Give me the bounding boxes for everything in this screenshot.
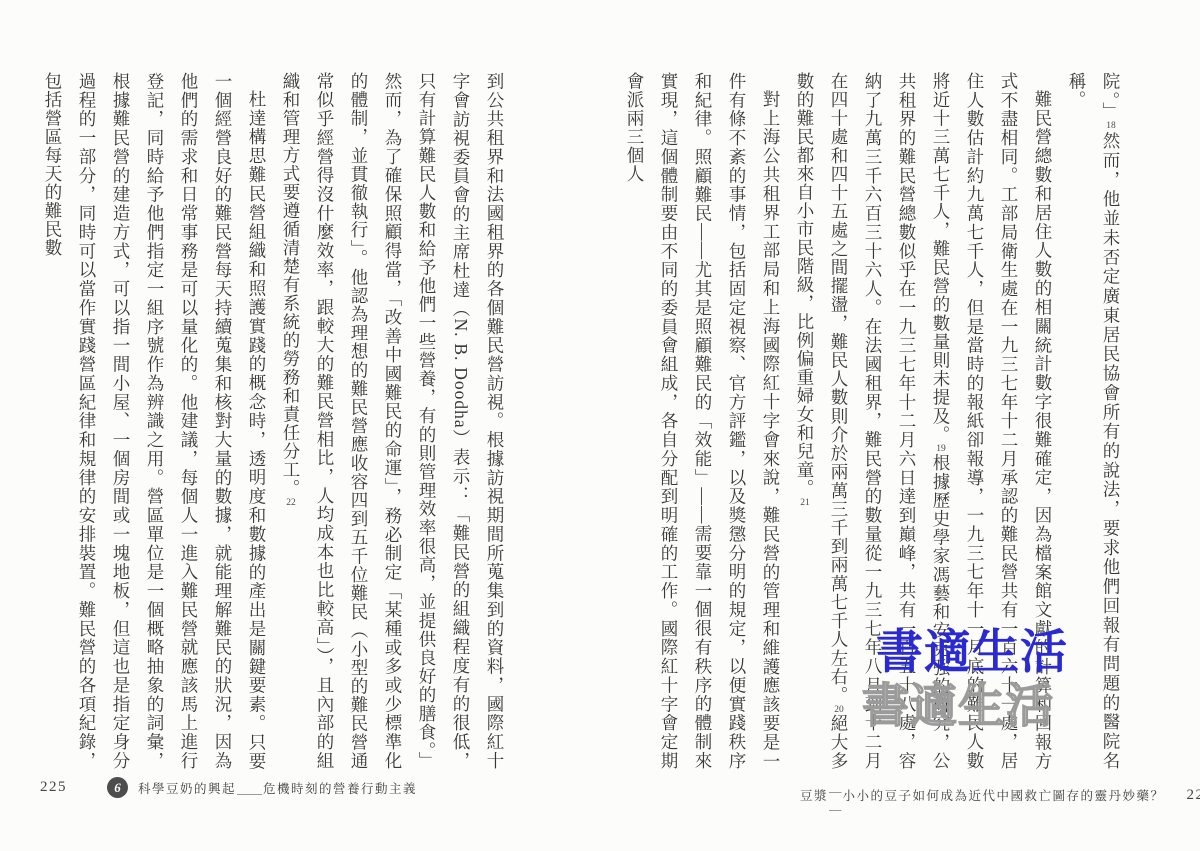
footnote-marker: 19	[936, 444, 946, 454]
footer-right: 豆漿 ＿＿ 小小的豆子如何成為近代中國救亡圖存的靈丹妙藥？ 224	[800, 777, 1200, 813]
chapter-subtitle: 危機時刻的營養行動主義	[263, 779, 417, 797]
footnote-marker: 18	[1106, 121, 1116, 131]
watermark-solid: 書適生活	[876, 630, 1068, 677]
footnote-marker: 22	[286, 498, 296, 508]
paragraph: 杜達構思難民營組織和照護實踐的概念時，透明度和數據的產出是關鍵要素。只要一個經營…	[36, 72, 274, 770]
paragraph: 到公共租界和法國租界的各個難民營訪視。根據訪視期間所蒐集到的資料，國際紅十字會訪…	[274, 72, 512, 770]
page-225-text: 到公共租界和法國租界的各個難民營訪視。根據訪視期間所蒐集到的資料，國際紅十字會訪…	[68, 72, 512, 770]
watermark-outline: 書適生活	[862, 684, 1054, 731]
page-number-right: 224	[1187, 787, 1200, 804]
paragraph: 對上海公共租界工部局和上海國際紅十字會來說，難民營的管理和維護應該要是一件有條不…	[618, 72, 788, 770]
book-title: 豆漿	[800, 786, 828, 804]
footnote-marker: 21	[800, 498, 810, 508]
footer-left: 225 6 科學豆奶的興起 ＿＿ 危機時刻的營養行動主義	[40, 777, 417, 798]
footer-separator-right: ＿＿	[829, 777, 842, 813]
paragraph: 院。」18然而，他並未否定廣東居民協會所有的說法，要求他們回報有問題的醫院名稱。	[1060, 72, 1128, 770]
chapter-number-icon: 6	[107, 777, 128, 798]
chapter-title: 科學豆奶的興起	[138, 779, 236, 797]
book-spread: 到公共租界和法國租界的各個難民營訪視。根據訪視期間所蒐集到的資料，國際紅十字會訪…	[0, 0, 1200, 851]
footnote-marker: 20	[834, 705, 844, 715]
book-subtitle: 小小的豆子如何成為近代中國救亡圖存的靈丹妙藥？	[843, 786, 1165, 804]
page-number-left: 225	[40, 779, 67, 796]
footer-separator-left: ＿＿	[237, 779, 262, 797]
